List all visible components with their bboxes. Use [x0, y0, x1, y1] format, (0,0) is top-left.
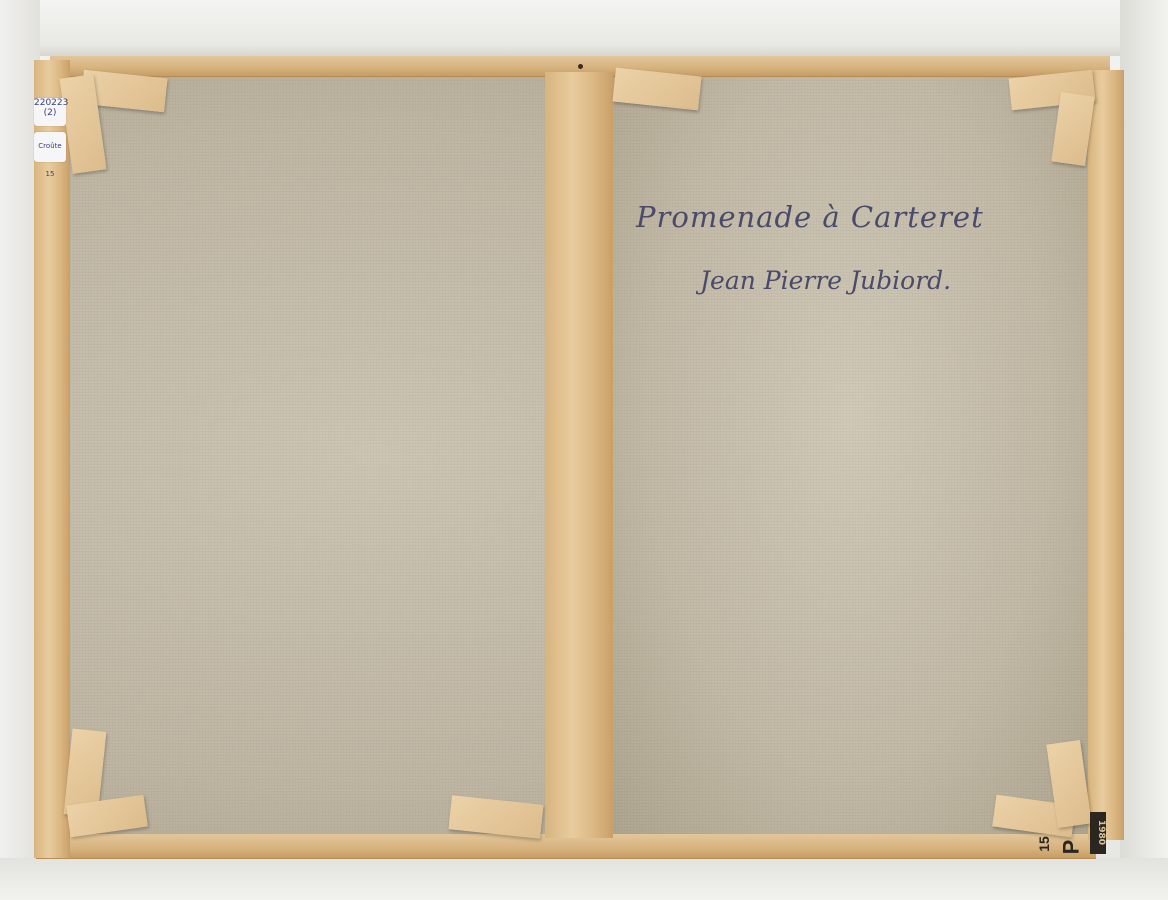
- frame-bottom-edge: [0, 858, 1168, 900]
- secondary-label: Croûte 15: [34, 132, 66, 162]
- frame-right-edge: [1120, 0, 1168, 900]
- canvas-format-stamp: P: [1058, 840, 1084, 855]
- canvas-size-stamp: 15: [1036, 836, 1052, 852]
- inventory-label: 220223 (2): [34, 98, 66, 126]
- frame-top-edge: [20, 0, 1160, 56]
- inventory-number: 220223: [34, 98, 66, 108]
- stretcher-center-crossbar: [545, 72, 613, 838]
- painting-title-inscription: Promenade à Carteret: [636, 200, 984, 234]
- artist-signature-inscription: Jean Pierre Jubiord.: [700, 266, 951, 295]
- inventory-suffix: (2): [34, 108, 66, 118]
- canvas-back-right-panel: [612, 76, 1088, 834]
- stretcher-right-bar: [1088, 70, 1124, 840]
- nail-head: [578, 64, 583, 69]
- dark-sticker: 1980: [1090, 812, 1106, 854]
